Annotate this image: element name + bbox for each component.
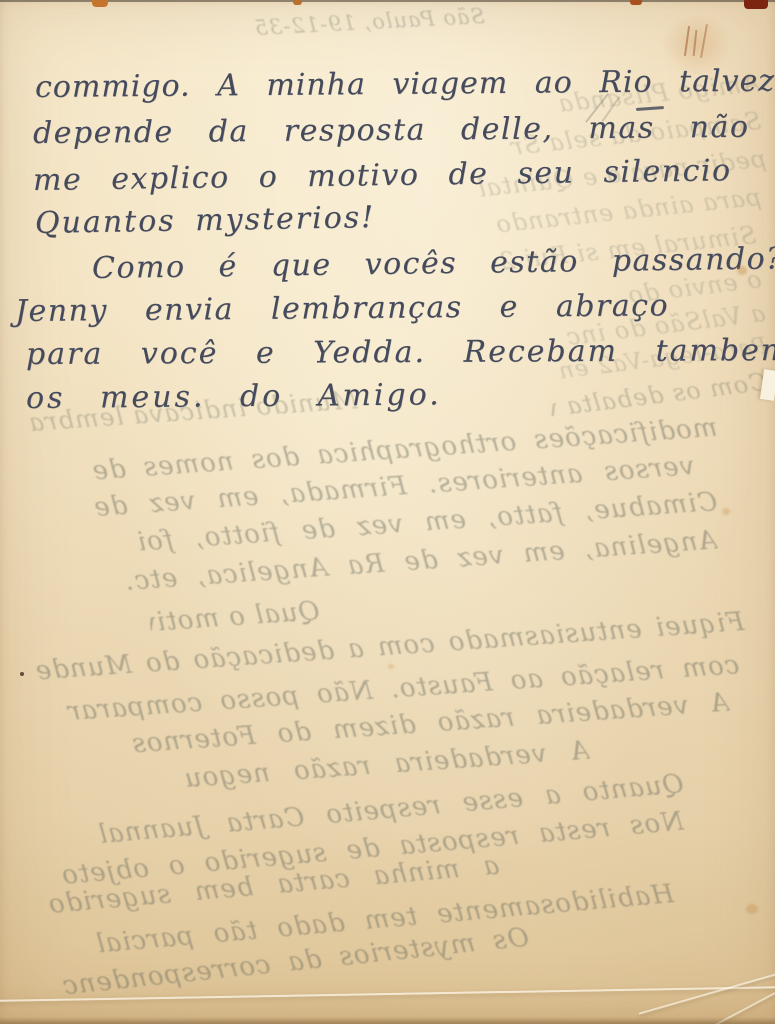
tape-mark	[630, 0, 642, 5]
handwriting-line: Jenny envia lembranças e abraço	[15, 288, 669, 329]
bleedthrough-header: São Paulo, 19-12-35	[255, 4, 486, 40]
paper-edge-top	[0, 0, 775, 2]
foxing-spot	[722, 508, 730, 515]
handwriting-line: Quantos mysterios!	[35, 200, 376, 241]
tape-mark	[92, 0, 108, 7]
stain-blotch	[662, 14, 732, 76]
handwriting-line: para você e Yedda. Recebam tambem	[26, 333, 775, 372]
handwriting-line: me explico o motivo de seu silencio	[33, 153, 732, 198]
handwriting-line: depende da resposta delle, mas não	[33, 110, 750, 151]
handwriting-line: commigo. A minha viagem ao Rio talvez	[35, 64, 775, 105]
bleedthrough-line: Qual o motivo?	[149, 596, 321, 638]
foxing-spot	[737, 266, 747, 275]
ink-speck	[20, 672, 24, 676]
foxing-spot	[388, 664, 394, 669]
paper-edge-bottom	[0, 1017, 775, 1024]
foxing-spot	[746, 904, 758, 914]
stain-dark-red	[744, 0, 768, 9]
tape-mark	[293, 0, 302, 5]
handwriting-line: os meus. do Amigo.	[26, 377, 442, 416]
corner-wrinkle	[639, 971, 775, 1014]
letter-page: São Paulo, 19-12-35 Amigo Plisanda Sampa…	[0, 0, 775, 1024]
